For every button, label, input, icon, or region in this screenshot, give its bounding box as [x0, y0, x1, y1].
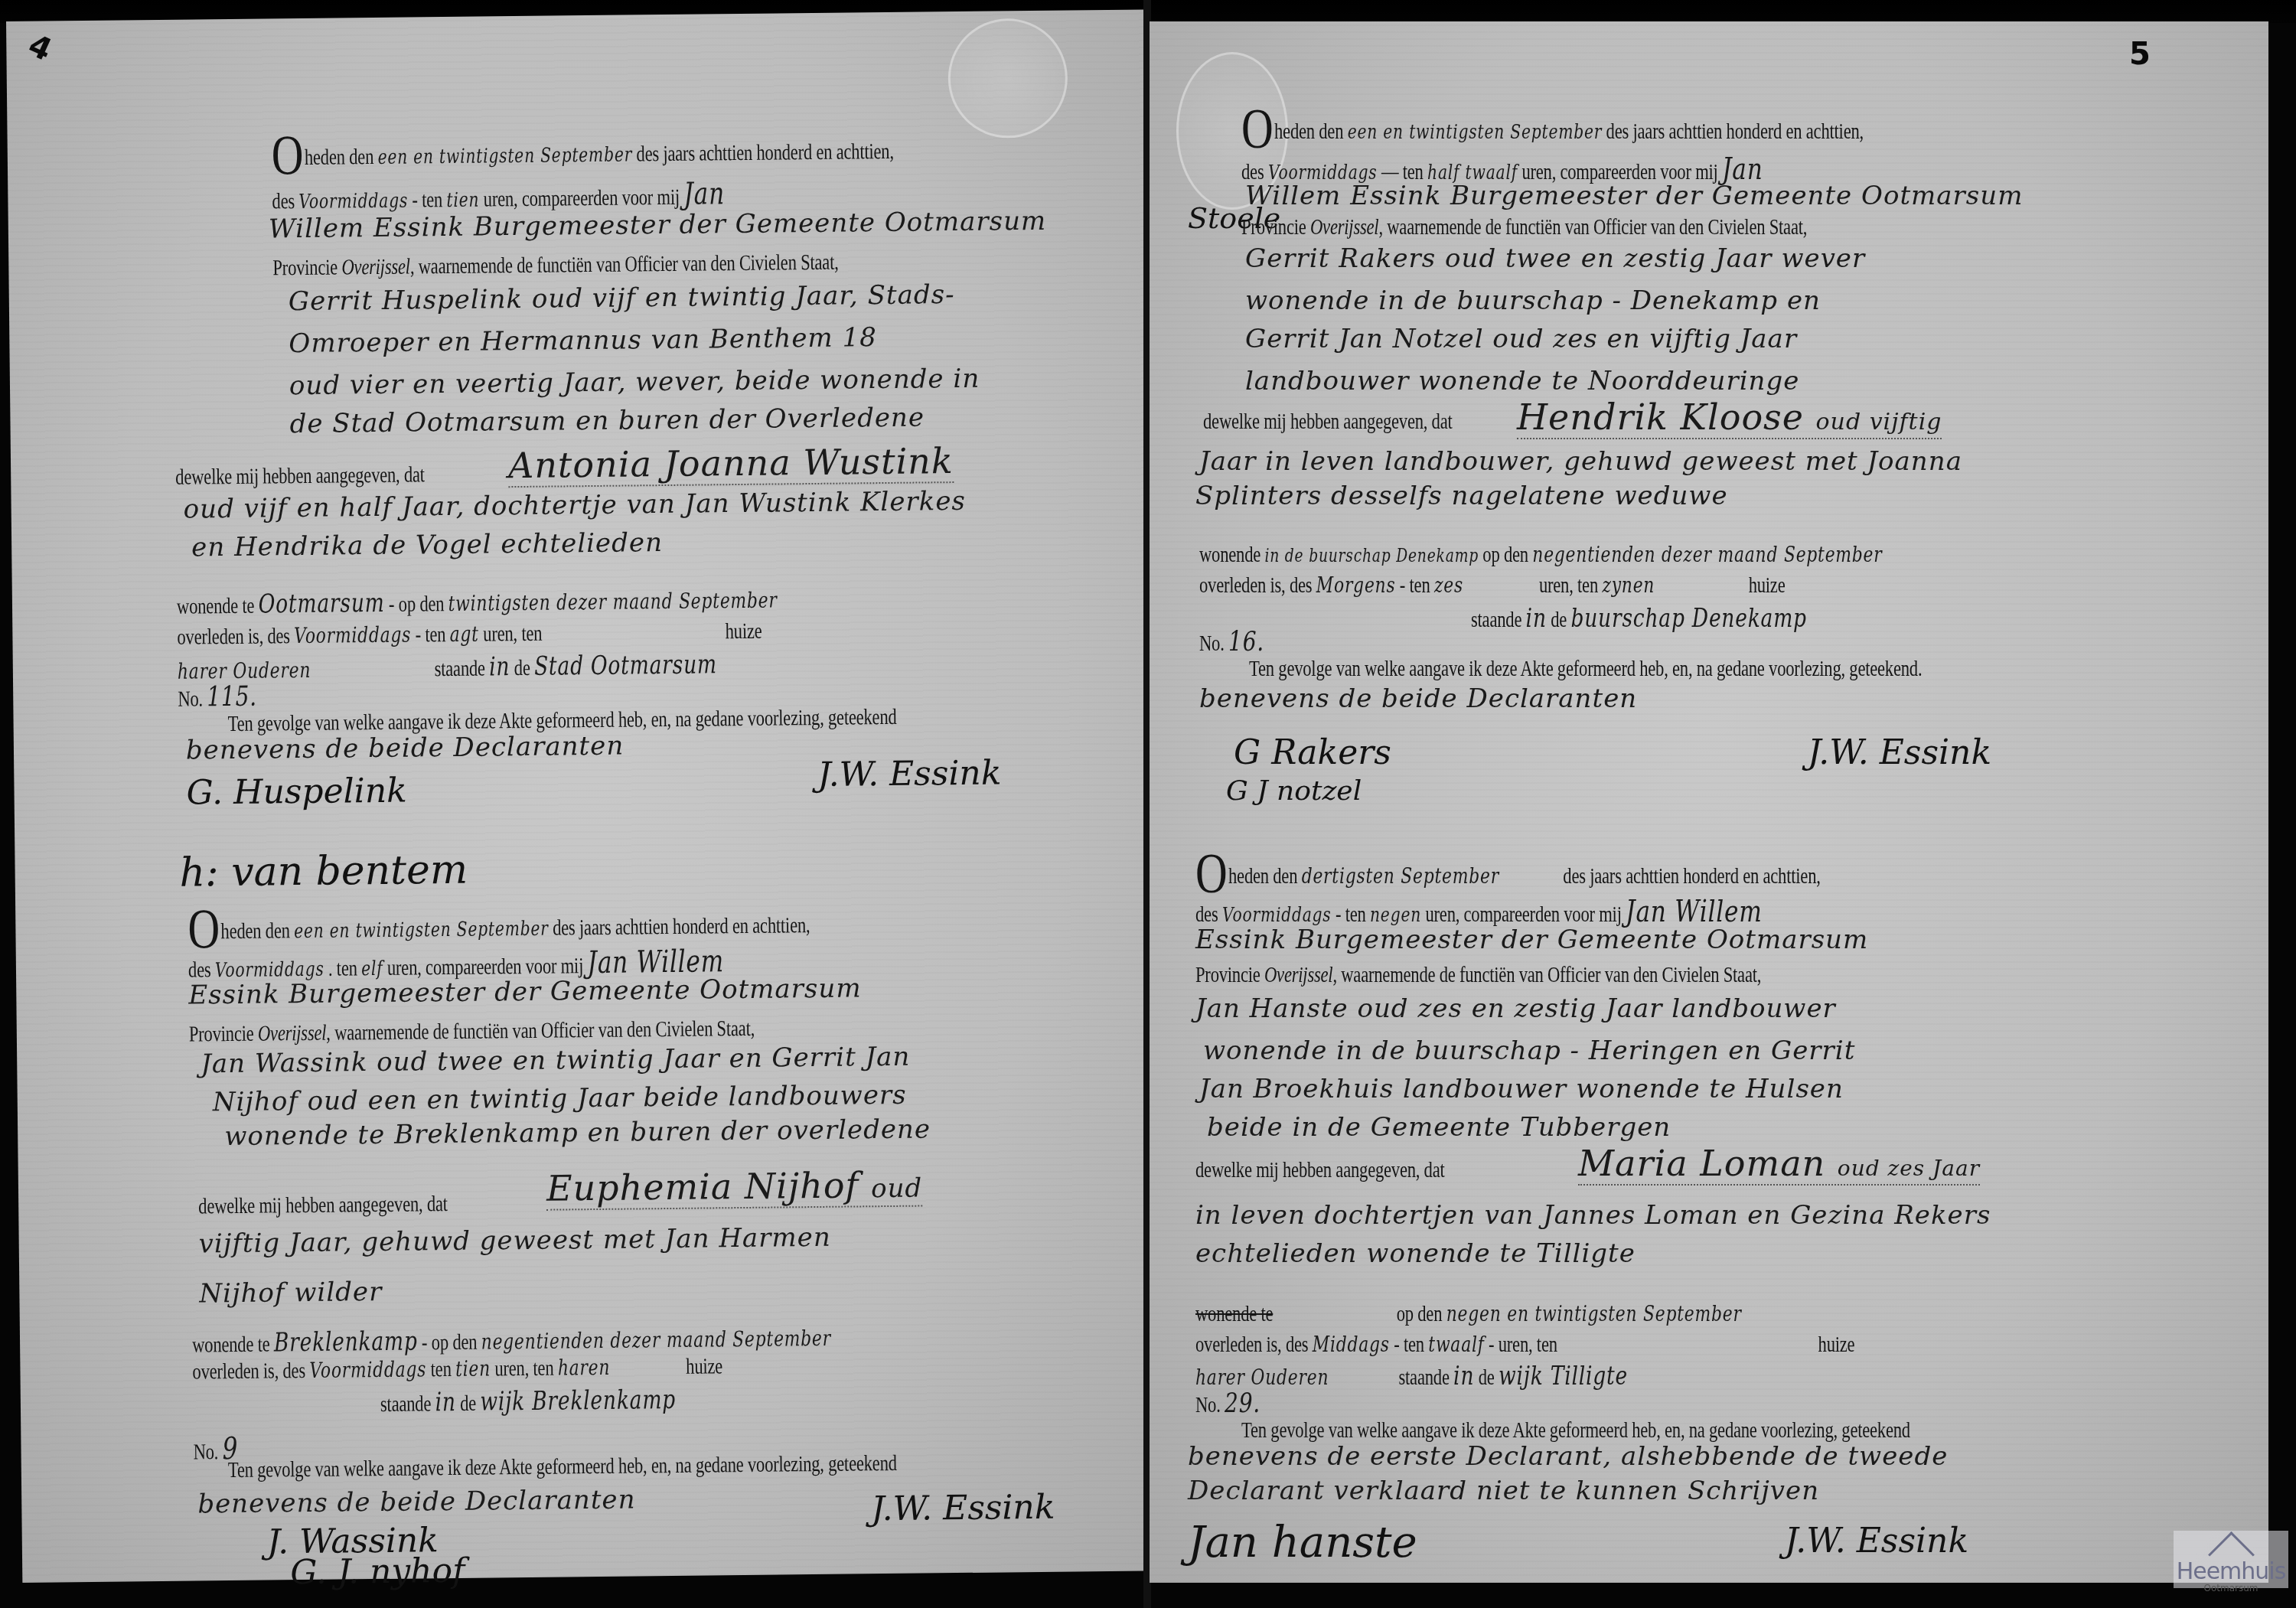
declarant-line: Jan Wassink oud twee en twintig Jaar en …	[201, 1042, 911, 1080]
deceased-detail: Nijhof wilder	[199, 1277, 382, 1309]
aangegeven-line: dewelke mij hebben aangegeven, dat	[198, 1192, 448, 1219]
declarant-line: Nijhof oud een en twintig Jaar beide lan…	[213, 1080, 907, 1117]
right-page: 5 Stoele Oheden den een en twintigsten S…	[1150, 21, 2268, 1583]
declarant-line: wonende te Breklenkamp en buren der over…	[224, 1114, 931, 1152]
signature-mayor: J.W. Essink	[1785, 1522, 1968, 1561]
wonende-line: wonende te op den negen en twintigsten S…	[1195, 1301, 1742, 1327]
closing-handwritten: benevens de beide Declaranten	[197, 1484, 636, 1519]
signature-declarant: G. J. nyhof	[290, 1551, 465, 1592]
left-page: 4 Oheden den een en twintigsten Septembe…	[6, 9, 1163, 1582]
record-9: h: van bentem Oheden den een en twintigs…	[6, 9, 1163, 1582]
record-header-line: Oheden den dertigsten September des jaar…	[1195, 852, 1821, 897]
closing-handwritten: benevens de eerste Declarant, alshebbend…	[1188, 1441, 1948, 1472]
deceased-name: Maria Loman oud zes Jaar	[1578, 1143, 1980, 1186]
overleden-line: overleden is, des Middags - ten twaalf -…	[1195, 1332, 1854, 1358]
staande-line: staande in de wijk Breklenkamp	[380, 1385, 676, 1418]
aangegeven-line: dewelke mij hebben aangegeven, dat	[1195, 1158, 1445, 1183]
deceased-detail: in leven dochtertjen van Jannes Loman en…	[1195, 1200, 1991, 1231]
record-number: No. 29.	[1195, 1388, 1261, 1419]
deceased-detail: vijftig Jaar, gehuwd geweest met Jan Har…	[199, 1222, 831, 1260]
closing-line: Ten gevolge van welke aangave ik deze Ak…	[1241, 1418, 1910, 1443]
signature-mayor: J.W. Essink	[871, 1488, 1055, 1529]
deceased-name: Euphemia Nijhof oud	[546, 1164, 923, 1211]
mayor-line: Essink Burgemeester der Gemeente Ootmars…	[188, 973, 862, 1010]
staande-line: harer Ouderen staande in de wijk Tilligt…	[1195, 1361, 1628, 1391]
mayor-line: Essink Burgemeester der Gemeente Ootmars…	[1195, 925, 1868, 955]
province-line: Provincie Overijssel, waarnemende de fun…	[189, 1016, 755, 1048]
deceased-detail: echtelieden wonende te Tilligte	[1195, 1238, 1636, 1269]
declarant-line: Jan Hanste oud zes en zestig Jaar landbo…	[1195, 993, 1836, 1024]
declarant-line: beide in de Gemeente Tubbergen	[1207, 1112, 1671, 1143]
declarant-line: Jan Broekhuis landbouwer wonende te Huls…	[1199, 1074, 1844, 1104]
wonende-line: wonende te Breklenkamp - op den negentie…	[192, 1322, 831, 1359]
overleden-line: overleden is, des Voormiddags ten tien u…	[192, 1353, 722, 1385]
closing-line: Ten gevolge van welke aangave ik deze Ak…	[228, 1451, 897, 1483]
margin-name: h: van bentem	[179, 847, 468, 896]
record-29: Oheden den dertigsten September des jaar…	[1150, 21, 2268, 1583]
closing-handwritten: Declarant verklaard niet te kunnen Schri…	[1188, 1476, 1819, 1506]
signature-declarant: Jan hanste	[1188, 1518, 1417, 1567]
province-line: Provincie Overijssel, waarnemende de fun…	[1195, 963, 1761, 988]
heemhuis-watermark-logo: Heemhuis Ootmarsum	[2174, 1531, 2288, 1588]
declarant-line: wonende in de buurschap - Heringen en Ge…	[1203, 1036, 1855, 1066]
